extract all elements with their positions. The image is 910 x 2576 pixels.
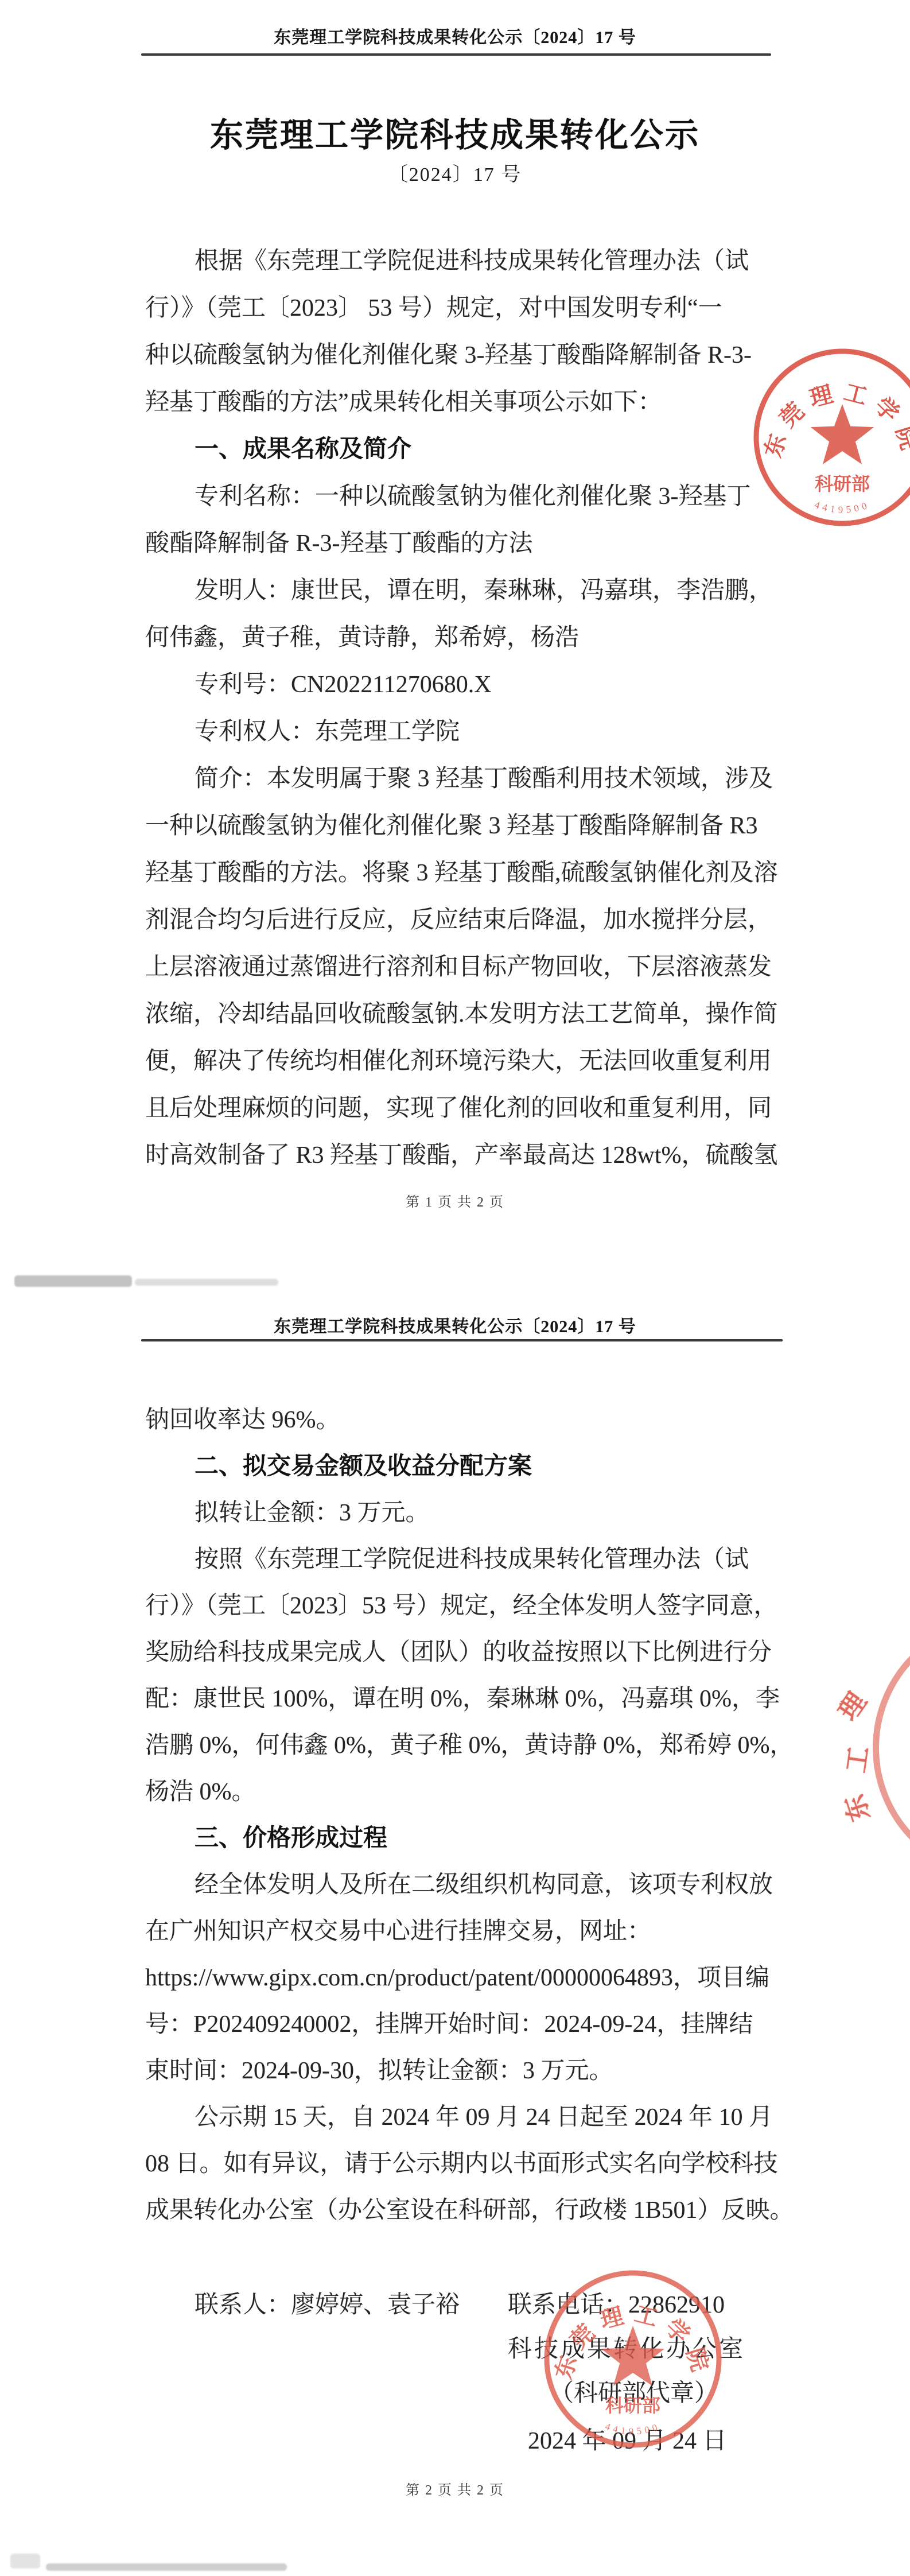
partial-seal-ring	[873, 1616, 910, 1880]
svg-text:4419500: 4419500	[604, 2421, 662, 2437]
header-rule	[141, 1339, 783, 1341]
text-line: 号：P202409240002，挂牌开始时间：2024-09-24，挂牌结	[145, 2001, 816, 2048]
text-line: 三、价格形成过程	[145, 1815, 816, 1862]
text-line: 配：康世民 100%，谭在明 0%，秦琳琳 0%，冯嘉琪 0%，李	[145, 1676, 816, 1722]
text-line: 发明人：康世民，谭在明，秦琳琳，冯嘉琪，李浩鹏，	[145, 567, 816, 614]
partial-seal-char: 东	[834, 1790, 878, 1827]
text-line: 在广州知识产权交易中心进行挂牌交易，网址：	[145, 1908, 816, 1955]
page1-footer: 第 1 页 共 2 页	[0, 1190, 910, 1211]
text-line: 专利名称：一种以硫酸氢钠为催化剂催化聚 3-羟基丁	[145, 473, 816, 520]
text-line: 种以硫酸氢钠为催化剂催化聚 3-羟基丁酸酯降解制备 R-3-	[145, 332, 816, 379]
text-line: 且后处理麻烦的问题，实现了催化剂的回收和重复利用，同	[145, 1085, 816, 1132]
seal-star-icon	[601, 2326, 664, 2386]
text-line: 上层溶液通过蒸馏进行溶剂和目标产物回收，下层溶液蒸发	[145, 944, 816, 991]
text-line: 一、成果名称及简介	[145, 426, 816, 473]
page2-footer: 第 2 页 共 2 页	[0, 2478, 910, 2499]
text-line: 根据《东莞理工学院促进科技成果转化管理办法（试	[145, 238, 816, 285]
text-line: 二、拟交易金额及收益分配方案	[145, 1444, 816, 1490]
text-line: 奖励给科技成果完成人（团队）的收益按照以下比例进行分	[145, 1630, 816, 1676]
text-line: 酸酯降解制备 R-3-羟基丁酸酯的方法	[145, 520, 816, 567]
text-line: 束时间：2024-09-30，拟转让金额：3 万元。	[145, 2048, 816, 2094]
document-number: 〔2024〕17 号	[0, 158, 910, 187]
scanned-document: 东莞理工学院科技成果转化公示〔2024〕17 号 东莞理工学院科技成果转化公示 …	[0, 0, 910, 2576]
text-line: 杨浩 0%。	[145, 1769, 816, 1815]
text-line: 专利号：CN202211270680.X	[145, 661, 816, 708]
text-line: 行）》（莞工〔2023〕 53 号）规定，对中国发明专利“一	[145, 285, 816, 332]
text-line: 行）》（莞工〔2023〕53 号）规定，经全体发明人签字同意，	[145, 1583, 816, 1630]
text-line: 何伟鑫，黄子稚，黄诗静，郑希婷，杨浩	[145, 614, 816, 661]
text-line: 剂混合均匀后进行反应，反应结束后降温，加水搅拌分层，	[145, 897, 816, 944]
scan-artifact	[14, 1275, 132, 1287]
official-seal-page1: 东莞理工学院 科研部 4419500	[745, 340, 910, 535]
text-line: 时高效制备了 R3 羟基丁酸酯，产率最高达 128wt%，硫酸氢	[145, 1132, 816, 1179]
page2-header-line: 东莞理工学院科技成果转化公示〔2024〕17 号	[0, 1312, 910, 1337]
text-line: 08 日。如有异议，请于公示期内以书面形式实名向学校科技	[145, 2141, 816, 2187]
text-line: 浓缩，冷却结晶回收硫酸氢钠.本发明方法工艺简单，操作简	[145, 991, 816, 1038]
partial-seal-char: 工	[835, 1744, 876, 1775]
text-line: 专利权人：东莞理工学院	[145, 708, 816, 755]
header-rule	[141, 53, 771, 56]
text-line: 拟转让金额：3 万元。	[145, 1490, 816, 1537]
scan-artifact	[46, 2563, 287, 2571]
text-line: 羟基丁酸酯的方法”成果转化相关事项公示如下：	[145, 379, 816, 426]
text-line: 一种以硫酸氢钠为催化剂催化聚 3 羟基丁酸酯降解制备 R3	[145, 802, 816, 849]
text-line: 经全体发明人及所在二级组织机构同意，该项专利权放	[145, 1862, 816, 1908]
seal-dept-text: 科研部	[605, 2395, 660, 2416]
text-line: 钠回收率达 96%。	[145, 1397, 816, 1444]
page1-header-line: 东莞理工学院科技成果转化公示〔2024〕17 号	[0, 23, 910, 48]
page1-body: 根据《东莞理工学院促进科技成果转化管理办法（试行）》（莞工〔2023〕 53 号…	[145, 238, 816, 1179]
seal-dept-text: 科研部	[815, 474, 870, 494]
seal-serial-text: 4419500	[813, 499, 872, 515]
text-line: 成果转化办公室（办公室设在科研部，行政楼 1B501）反映。	[145, 2187, 816, 2234]
page2-body: 钠回收率达 96%。二、拟交易金额及收益分配方案拟转让金额：3 万元。按照《东莞…	[145, 1397, 816, 2234]
text-line: 按照《东莞理工学院促进科技成果转化管理办法（试	[145, 1537, 816, 1583]
partial-seal-char: 理	[828, 1683, 874, 1727]
official-seal-page2: 东莞理工学院 科研部 4419500	[535, 2261, 730, 2457]
text-line: 公示期 15 天，自 2024 年 09 月 24 日起至 2024 年 10 …	[145, 2094, 816, 2141]
seal-star-icon	[811, 404, 874, 464]
text-line: 浩鹏 0%，何伟鑫 0%，黄子稚 0%，黄诗静 0%，郑希婷 0%，	[145, 1722, 816, 1769]
scan-artifact	[135, 1279, 278, 1286]
scan-artifact	[10, 2554, 40, 2569]
text-line: 便，解决了传统均相催化剂环境污染大，无法回收重复利用	[145, 1038, 816, 1085]
svg-text:4419500: 4419500	[813, 499, 872, 515]
text-line: 羟基丁酸酯的方法。将聚 3 羟基丁酸酯,硫酸氢钠催化剂及溶	[145, 849, 816, 897]
document-title: 东莞理工学院科技成果转化公示	[0, 108, 910, 156]
seal-serial-text: 4419500	[604, 2421, 662, 2437]
text-line: https://www.gipx.com.cn/product/patent/0…	[145, 1955, 816, 2001]
text-line: 简介：本发明属于聚 3 羟基丁酸酯利用技术领域，涉及	[145, 755, 816, 802]
